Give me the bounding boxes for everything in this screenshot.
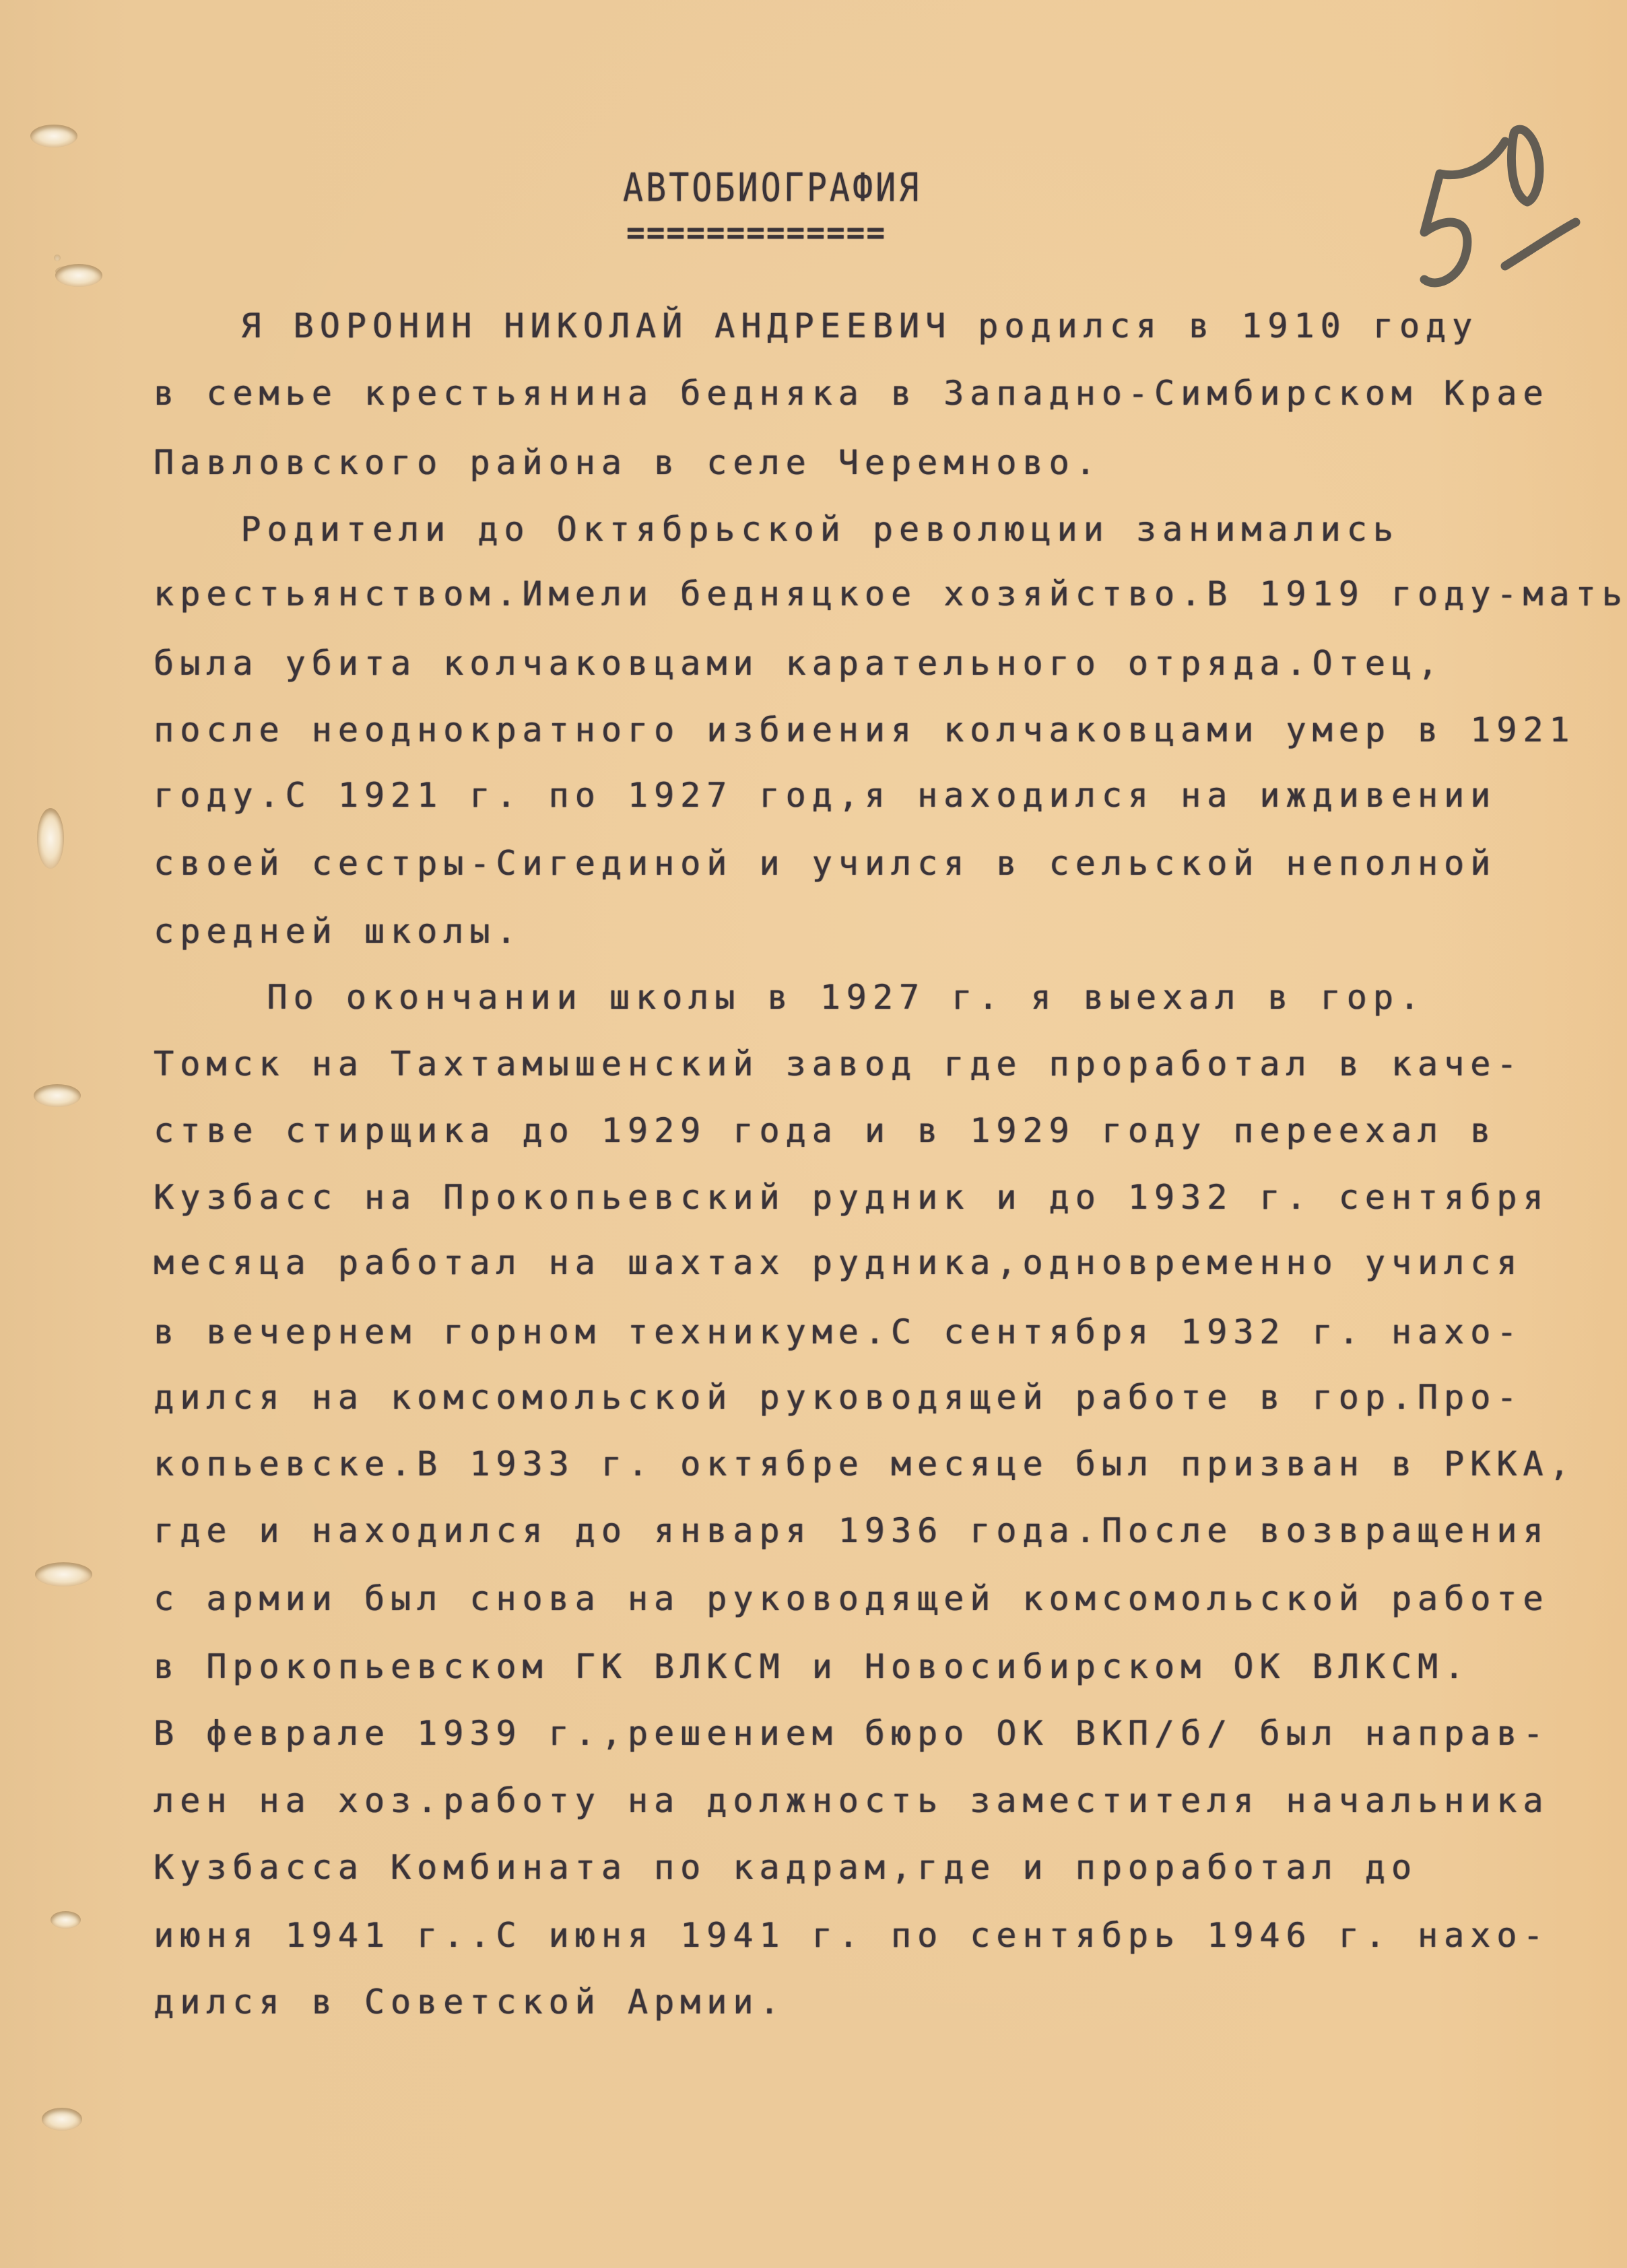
text-line: в семье крестьянина бедняка в Западно-Си… xyxy=(154,374,1549,413)
text-line: в вечернем горном техникуме.С сентября 1… xyxy=(154,1312,1523,1352)
document-page: АВТОБИОГРАФИЯ ============= Я ВОРОНИН НИ… xyxy=(0,0,1627,2268)
text-line: была убита колчаковцами карательного отр… xyxy=(154,644,1444,683)
text-line: июня 1941 г..С июня 1941 г. по сентябрь … xyxy=(154,1916,1549,1955)
text-line: дился на комсомольской руководящей работ… xyxy=(154,1378,1523,1417)
text-line: Павловского района в селе Черемново. xyxy=(154,443,1102,482)
text-line: стве стирщика до 1929 года и в 1929 году… xyxy=(154,1111,1496,1150)
punch-hole xyxy=(51,1911,81,1929)
text-line: дился в Советской Армии. xyxy=(154,1982,785,2022)
text-line: Кузбасса Комбината по кадрам,где и прора… xyxy=(154,1848,1418,1887)
text-line: крестьянством.Имели бедняцкое хозяйство.… xyxy=(154,574,1627,613)
text-line: в Прокопьевском ГК ВЛКСМ и Новосибирском… xyxy=(154,1647,1470,1686)
text-line: где и находился до января 1936 года.Посл… xyxy=(154,1511,1549,1550)
text-line: Я ВОРОНИН НИКОЛАЙ АНДРЕЕВИЧ родился в 19… xyxy=(162,306,1478,345)
text-line: Кузбасс на Прокопьевский рудник и до 193… xyxy=(154,1178,1549,1217)
document-body: Я ВОРОНИН НИКОЛАЙ АНДРЕЕВИЧ родился в 19… xyxy=(0,0,105,1094)
text-line: лен на хоз.работу на должность заместите… xyxy=(154,1781,1549,1820)
text-line: после неоднократного избиения колчаковца… xyxy=(154,710,1576,749)
text-line: Томск на Тахтамышенский завод где прораб… xyxy=(154,1044,1523,1083)
document-title: АВТОБИОГРАФИЯ xyxy=(623,166,921,211)
title-underline: ============= xyxy=(626,214,886,251)
text-line: средней школы. xyxy=(154,912,522,951)
text-line: с армии был снова на руководящей комсомо… xyxy=(154,1579,1549,1618)
punch-hole xyxy=(42,2108,82,2131)
text-line: году.С 1921 г. по 1927 год,я находился н… xyxy=(154,776,1496,815)
text-line: В феврале 1939 г.,решением бюро ОК ВКП/б… xyxy=(154,1714,1549,1753)
text-line: своей сестры-Сигединой и учился в сельск… xyxy=(154,844,1496,883)
punch-hole xyxy=(35,1562,92,1587)
text-line: По окончании школы в 1927 г. я выехал в … xyxy=(162,978,1426,1017)
handwritten-page-number xyxy=(1407,94,1609,296)
text-line: Родители до Октябрьской революции занима… xyxy=(162,510,1399,549)
text-line: месяца работал на шахтах рудника,одновре… xyxy=(154,1243,1523,1282)
text-line: копьевске.В 1933 г. октябре месяце был п… xyxy=(154,1444,1576,1483)
